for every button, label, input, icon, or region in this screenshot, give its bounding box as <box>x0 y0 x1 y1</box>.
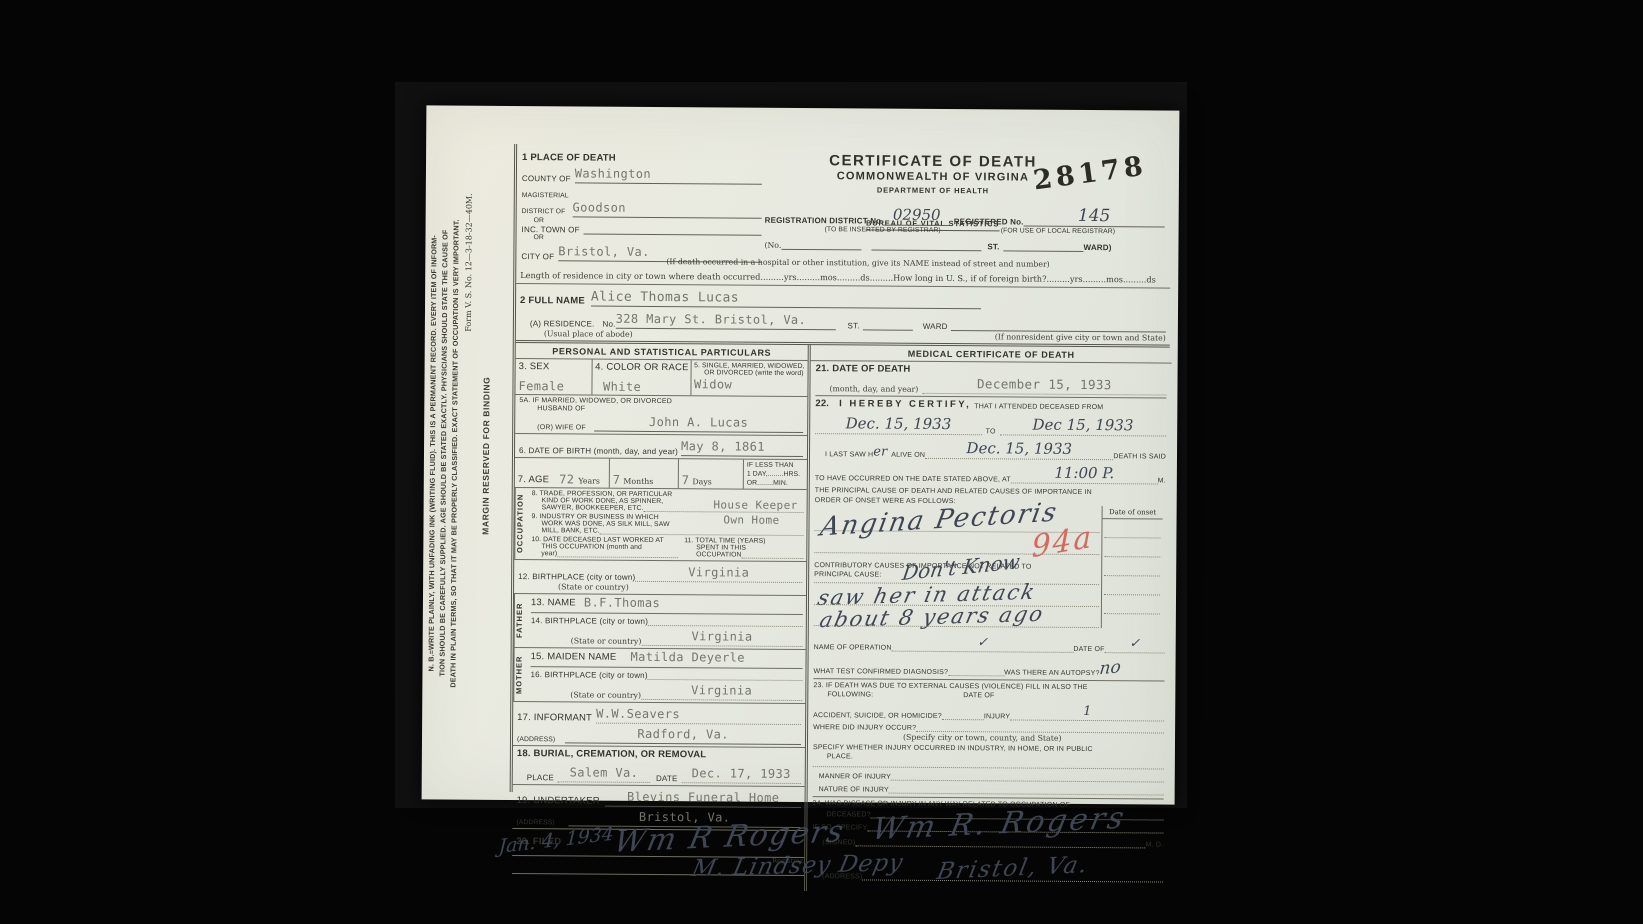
occupation-side-label: OCCUPATION <box>514 488 528 559</box>
filed-row: 20. FILED Jan. 4, 1934 Wm R Rogers Regis… <box>512 829 804 891</box>
age-years-label: Years <box>578 476 600 485</box>
dob-label: 6. DATE OF BIRTH (month, day, and year) <box>519 446 678 456</box>
residence-length-line: Length of residence in city or town wher… <box>520 270 1156 284</box>
reg-sub-label-1: (TO BE INSERTED BY REGISTRAR) <box>825 226 941 234</box>
principal-cause-label-1: THE PRINCIPAL CAUSE OF DEATH AND RELATED… <box>815 487 1166 496</box>
mother-bp-value: Virginia <box>691 683 752 697</box>
abode-note: (Usual place of abode) <box>544 329 633 339</box>
attended-to-value: Dec 15, 1933 <box>1032 416 1133 435</box>
burial-date-label: DATE <box>656 774 678 783</box>
registered-no-label: REGISTERED No. <box>954 217 1024 226</box>
operation-label: NAME OF OPERATION <box>814 644 892 652</box>
residence-st-label: ST. <box>848 321 860 330</box>
where-injury-sub: (Specify city or town, county, and State… <box>903 733 1164 744</box>
certify-section: 22. I HEREBY CERTIFY, THAT I ATTENDED DE… <box>815 398 1167 506</box>
maiden-name-value: Matilda Deyerle <box>630 651 744 664</box>
occupation-group: OCCUPATION 8. TRADE, PROFESSION, OR PART… <box>514 488 806 562</box>
certificate-form: 28178 1 PLACE OF DEATH COUNTY OF Washing… <box>510 144 1172 797</box>
reg-sub-label-2: (FOR USE OF LOCAL REGISTRAR) <box>1001 227 1115 235</box>
age-label: 7. AGE <box>518 474 549 485</box>
injury-label: INJURY <box>984 713 1010 720</box>
marital-label-2: OR DIVORCED (write the word) <box>704 369 804 377</box>
informant-row: 17. INFORMANT W.W.Seavers (ADDRESS) Radf… <box>513 702 805 748</box>
inc-town-label: INC. TOWN OF <box>522 225 580 234</box>
filed-date-handwriting: Jan. 4, 1934 <box>498 825 614 858</box>
last-saw-label-2: ALIVE ON <box>891 452 925 459</box>
hospital-note: (If death occurred in a hospital or othe… <box>666 257 1049 269</box>
father-name-value: B.F.Thomas <box>584 596 660 609</box>
principal-cause-handwriting: Angina Pectoris <box>818 499 1060 540</box>
date-of-injury-label: DATE OF <box>963 692 994 699</box>
age-days-value: 7 <box>682 474 690 486</box>
informant-label: 17. INFORMANT <box>517 712 592 724</box>
magisterial-label: MAGISTERIAL <box>522 192 569 199</box>
manner-of-injury-label: MANNER OF INJURY <box>819 773 891 781</box>
cause-code-red: 94a <box>1032 522 1093 563</box>
injury-mark-handwriting: 1 <box>1083 704 1091 719</box>
if-less-label-1: IF LESS THAN <box>747 462 804 469</box>
burial-place-value: Salem Va. <box>570 765 639 779</box>
city-value: Bristol, Va. <box>558 244 650 259</box>
margin-note-line3: DEATH IN PLAIN TERMS, SO THAT IT MAY BE … <box>448 130 462 778</box>
hospital-st-label: ST. <box>987 242 999 251</box>
last-worked-label-3: year) <box>541 550 557 557</box>
district-of-label: DISTRICT OF <box>522 208 566 215</box>
birthplace-value: Virginia <box>688 565 749 579</box>
marital-value: Widow <box>694 378 805 391</box>
autopsy-label: WAS THERE AN AUTOPSY? <box>1004 669 1100 677</box>
father-name-label: 13. NAME <box>531 597 576 608</box>
race-label: 4. COLOR OR RACE <box>595 362 687 374</box>
city-label: CITY OF <box>521 252 554 261</box>
occurred-label: TO HAVE OCCURRED ON THE DATE STATED ABOV… <box>815 475 1011 483</box>
age-years-value: 72 <box>559 473 574 485</box>
birthplace-row: 12. BIRTHPLACE (city or town) Virginia (… <box>514 560 806 596</box>
undertaker-address-label: (ADDRESS) <box>516 819 554 826</box>
specify-label-2: PLACE. <box>827 753 1164 762</box>
mother-side-label: MOTHER <box>513 648 527 701</box>
contributory-label-2: PRINCIPAL CAUSE: <box>814 571 881 578</box>
industry-value: Own Home <box>723 514 779 525</box>
physician-signature: Wm R. Rogers <box>870 803 1130 845</box>
where-injury-label: WHERE DID INJURY OCCUR? <box>813 724 916 732</box>
place-of-death-label: 1 PLACE OF DEATH <box>522 152 762 165</box>
dod-sub-label: (month, day, and year) <box>829 384 918 394</box>
reg-district-label: REGISTRATION DISTRICT No. <box>765 216 884 226</box>
informant-address-value: Radford, Va. <box>637 727 729 742</box>
operation-date-label: DATE OF <box>1073 646 1104 653</box>
last-saw-value: Dec. 15, 1933 <box>966 439 1072 458</box>
death-time-value: 11:00 P. <box>1054 464 1114 482</box>
spouse-value: John A. Lucas <box>649 415 748 430</box>
full-name-value: Alice Thomas Lucas <box>591 290 739 306</box>
dob-row: 6. DATE OF BIRTH (month, day, and year) … <box>515 434 807 460</box>
burial-label: 18. BURIAL, CREMATION, OR REMOVAL <box>517 748 801 761</box>
registration-line: REGISTRATION DISTRICT No. 02950 REGISTER… <box>764 206 1164 253</box>
county-label: COUNTY OF <box>522 174 571 183</box>
total-time-label-3: OCCUPATION <box>696 551 741 558</box>
operation-row: NAME OF OPERATION ✓ DATE OF ✓ <box>814 632 1165 653</box>
margin-reserved-label: MARGIN RESERVED FOR BINDING <box>479 156 493 756</box>
date-of-death-row: 21. DATE OF DEATH (month, day, and year)… <box>815 361 1166 398</box>
department-label: DEPARTMENT OF HEALTH <box>765 185 1101 196</box>
trade-label-3: SAWYER, BOOKKEEPER, ETC. <box>542 504 644 512</box>
residence-no-label: No. <box>602 320 615 329</box>
sex-value: Female <box>518 380 588 392</box>
mother-bp-sub: (State or country) <box>570 690 641 699</box>
if-less-label-2: 1 DAY,........HRS. <box>747 471 804 478</box>
county-value: Washington <box>575 166 651 181</box>
informant-value: W.W.Seavers <box>596 707 680 722</box>
form-header: 1 PLACE OF DEATH COUNTY OF Washington MA… <box>516 144 1171 273</box>
sex-label: 3. SEX <box>519 361 589 372</box>
maiden-name-label: 15. MAIDEN NAME <box>531 651 617 663</box>
father-bp-label: 14. BIRTHPLACE (city or town) <box>531 616 648 626</box>
external-label-1: 23. IF DEATH WAS DUE TO EXTERNAL CAUSES … <box>813 682 1164 691</box>
spouse-label-3: (OR) WIFE OF <box>537 424 586 431</box>
birthplace-label: 12. BIRTHPLACE (city or town) <box>518 572 635 582</box>
residence-label: (A) RESIDENCE. <box>530 319 595 328</box>
father-bp-sub: (State or country) <box>571 636 642 645</box>
mother-bp-label: 16. BIRTHPLACE (city or town) <box>530 670 647 680</box>
burial-row: 18. BURIAL, CREMATION, OR REMOVAL PLACE … <box>513 746 805 787</box>
specify-label-1: SPECIFY WHETHER INJURY OCCURRED IN INDUS… <box>813 744 1164 753</box>
medical-certificate-column: MEDICAL CERTIFICATE OF DEATH 21. DATE OF… <box>807 345 1170 893</box>
hospital-ward-label: WARD) <box>1084 243 1112 252</box>
last-saw-her-handwriting: er <box>873 446 887 459</box>
race-value: White <box>603 381 687 394</box>
death-time-m-label: M. <box>1158 477 1166 484</box>
cause-of-death-area: Date of onset Angina Pectoris 94a CONTRI… <box>814 504 1166 628</box>
age-days-label: Days <box>692 477 711 486</box>
certificate-title: CERTIFICATE OF DEATH <box>765 152 1101 171</box>
mother-group: MOTHER 15. MAIDEN NAME Matilda Deyerle 1… <box>513 648 805 704</box>
commonwealth-subtitle: COMMONWEALTH OF VIRGINA <box>765 170 1101 184</box>
form-columns: PERSONAL AND STATISTICAL PARTICULARS 3. … <box>512 343 1170 894</box>
operation-checkmark: ✓ <box>977 635 988 650</box>
sex-race-marital-row: 3. SEX Female 4. COLOR OR RACE White 5. … <box>515 359 807 397</box>
deputy-signature: M. Lindsey Depy <box>690 852 906 881</box>
informant-address-label: (ADDRESS) <box>517 736 555 743</box>
residence-value: 328 Mary St. Bristol, Va. <box>616 312 807 327</box>
nature-of-injury-label: NATURE OF INJURY <box>819 786 889 793</box>
father-side-label: FATHER <box>514 594 528 647</box>
father-bp-value: Virginia <box>692 629 753 643</box>
dod-value: December 15, 1933 <box>977 376 1112 392</box>
personal-particulars-column: PERSONAL AND STATISTICAL PARTICULARS 3. … <box>512 343 811 891</box>
external-label-2: FOLLOWING: <box>827 691 873 698</box>
form-number: Form V. S. No. 12—3-18-32—40M. <box>464 148 475 378</box>
certify-main: I HEREBY CERTIFY, <box>839 398 971 410</box>
burial-place-label: PLACE <box>527 773 554 782</box>
birthplace-sub: (State or country) <box>558 582 802 593</box>
spouse-row: 5A. IF MARRIED, WIDOWED, OR DIVORCED HUS… <box>515 395 807 436</box>
date-of-onset-box: Date of onset <box>1101 506 1163 628</box>
contributory-handwriting-1: Don't Know <box>901 551 1021 583</box>
age-row: 7. AGE 72 Years 7 Months 7 Days IF LESS … <box>515 458 807 490</box>
accident-label: ACCIDENT, SUICIDE, OR HOMICIDE? <box>813 712 942 720</box>
reg-district-value: 02950 <box>893 206 941 224</box>
industry-label-3: MILL, BANK, ETC. <box>541 527 599 534</box>
last-saw-label-1: I LAST SAW H <box>825 451 873 458</box>
age-months-label: Months <box>623 477 653 486</box>
burial-date-value: Dec. 17, 1933 <box>692 766 791 781</box>
test-label: WHAT TEST CONFIRMED DIAGNOSIS? <box>813 668 948 676</box>
last-worked-label-2: THIS OCCUPATION (month and <box>541 543 678 551</box>
district-value: Goodson <box>572 200 625 214</box>
certify-no: 22. <box>815 398 829 409</box>
physician-address-handwriting: Bristol, Va. <box>935 854 1091 884</box>
md-label: M. D. <box>1146 841 1164 848</box>
residence-ward-label: WARD <box>923 322 948 331</box>
external-causes-section: 23. IF DEATH WAS DUE TO EXTERNAL CAUSES … <box>813 682 1165 799</box>
if-less-label-3: OR........MIN. <box>747 480 804 487</box>
autopsy-row: WHAT TEST CONFIRMED DIAGNOSIS? WAS THERE… <box>813 658 1164 681</box>
attended-to-label: TO <box>986 428 996 435</box>
dob-value: May 8, 1861 <box>681 439 765 454</box>
trade-value: House Keeper <box>713 499 797 511</box>
date-of-onset-header: Date of onset <box>1103 506 1163 519</box>
hospital-no-label: (No. <box>764 241 781 250</box>
father-group: FATHER 13. NAME B.F.Thomas 14. BIRTHPLAC… <box>514 594 806 650</box>
full-name-label: 2 FULL NAME <box>520 295 585 306</box>
place-of-death-block: 1 PLACE OF DEATH COUNTY OF Washington MA… <box>521 152 762 263</box>
registered-no-value: 145 <box>1078 206 1111 226</box>
age-months-value: 7 <box>613 474 621 486</box>
certify-rest: THAT I ATTENDED DECEASED FROM <box>974 403 1103 411</box>
death-certificate-document: N. B.=WRITE PLAINLY, WITH UNFADING INK (… <box>422 105 1180 804</box>
undertaker-value: Blevins Funeral Home <box>627 790 780 805</box>
autopsy-handwriting: no <box>1099 659 1122 678</box>
attended-from-value: Dec. 15, 1933 <box>846 414 952 433</box>
death-said-label: DEATH IS SAID <box>1113 453 1166 460</box>
undertaker-label: 19. UNDERTAKER <box>517 795 600 807</box>
operation-date-checkmark: ✓ <box>1129 636 1140 651</box>
